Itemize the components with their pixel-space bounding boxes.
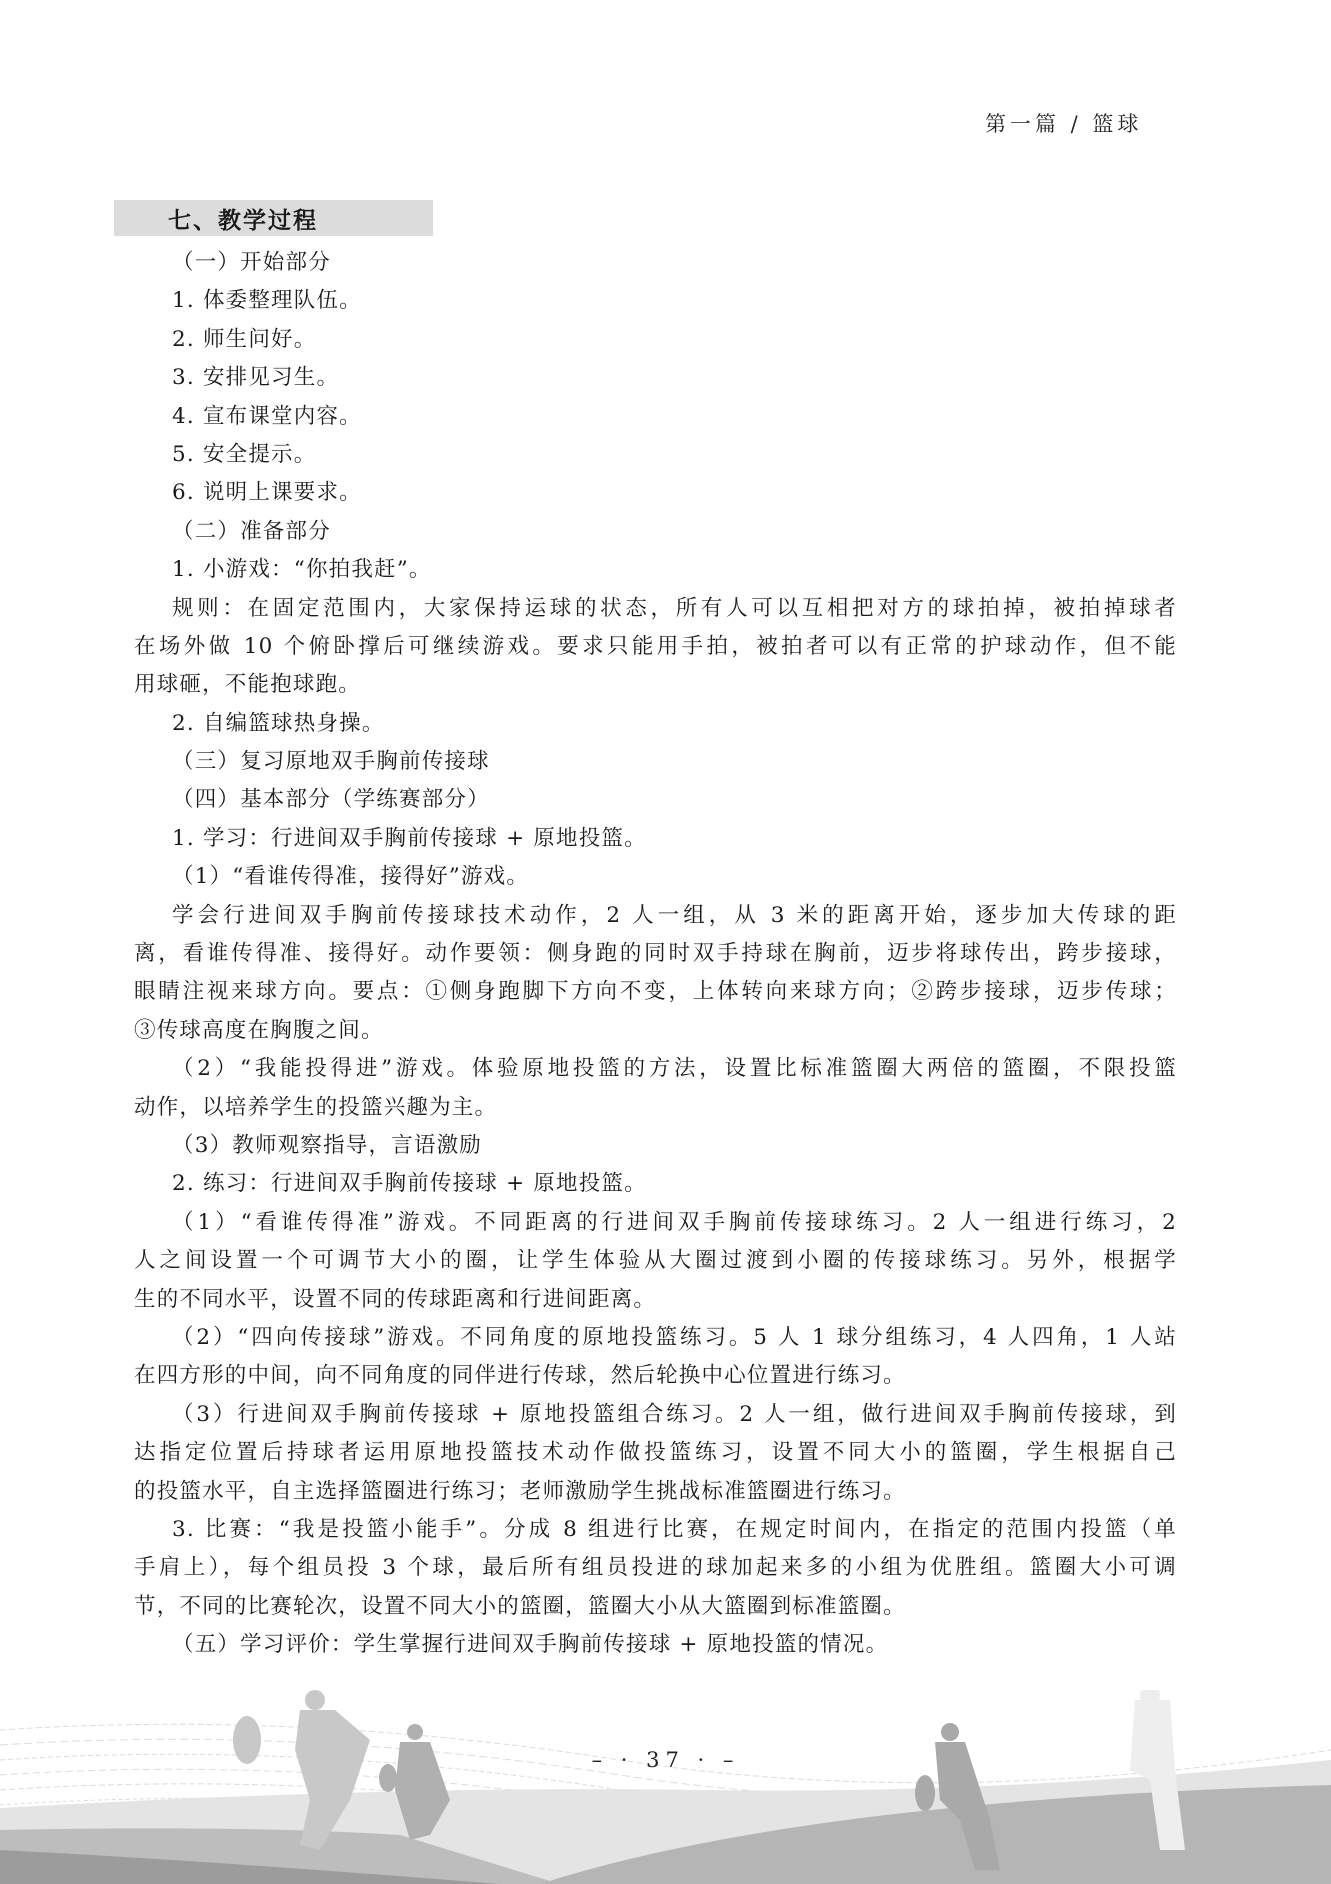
text-line: 在四方形的中间，向不同角度的同伴进行传球，然后轮换中心位置进行练习。 [134,1357,1177,1395]
text-line: 5. 安全提示。 [134,436,1177,474]
section-title: 七、教学过程 [168,202,318,235]
text-line: （3）教师观察指导，言语激励 [134,1127,1177,1165]
text-line: 2. 练习：行进间双手胸前传接球 + 原地投篮。 [134,1165,1177,1203]
text-line: 在场外做 10 个俯卧撑后可继续游戏。要求只能用手拍，被拍者可以有正常的护球动作… [134,628,1177,666]
text-line: 学会行进间双手胸前传接球技术动作，2 人一组，从 3 米的距离开始，逐步加大传球… [134,897,1177,935]
basketball-players-footer-art [0,1690,1331,1884]
text-line: （一）开始部分 [134,244,1177,282]
text-line: 1. 学习：行进间双手胸前传接球 + 原地投篮。 [134,820,1177,858]
text-line: 达指定位置后持球者运用原地投篮技术动作做投篮练习，设置不同大小的篮圈，学生根据自… [134,1434,1177,1472]
page-number: – · 37 · – [0,1748,1331,1772]
text-line: 节，不同的比赛轮次，设置不同大小的篮圈，篮圈大小从大篮圈到标准篮圈。 [134,1588,1177,1626]
text-line: 2. 自编篮球热身操。 [134,705,1177,743]
text-line: ③传球高度在胸腹之间。 [134,1012,1177,1050]
text-line: （1）“看谁传得准，接得好”游戏。 [134,858,1177,896]
text-line: 3. 安排见习生。 [134,359,1177,397]
text-line: （三）复习原地双手胸前传接球 [134,743,1177,781]
text-line: （1）“看谁传得准”游戏。不同距离的行进间双手胸前传接球练习。2 人一组进行练习… [134,1204,1177,1242]
text-line: （四）基本部分（学练赛部分） [134,781,1177,819]
text-line: 眼睛注视来球方向。要点：①侧身跑脚下方向不变，上体转向来球方向；②跨步接球，迈步… [134,973,1177,1011]
text-line: 1. 小游戏：“你拍我赶”。 [134,551,1177,589]
text-line: （二）准备部分 [134,513,1177,551]
text-line: （2）“四向传接球”游戏。不同角度的原地投篮练习。5 人 1 球分组练习，4 人… [134,1319,1177,1357]
text-line: 1. 体委整理队伍。 [134,282,1177,320]
body-text: （一）开始部分1. 体委整理队伍。2. 师生问好。3. 安排见习生。4. 宣布课… [134,244,1177,1664]
text-line: （3）行进间双手胸前传接球 + 原地投篮组合练习。2 人一组，做行进间双手胸前传… [134,1396,1177,1434]
text-line: 2. 师生问好。 [134,321,1177,359]
text-line: 4. 宣布课堂内容。 [134,398,1177,436]
text-line: （五）学习评价：学生掌握行进间双手胸前传接球 + 原地投篮的情况。 [134,1626,1177,1664]
text-line: 生的不同水平，设置不同的传球距离和行进间距离。 [134,1281,1177,1319]
text-line: 手肩上），每个组员投 3 个球，最后所有组员投进的球加起来多的小组为优胜组。篮圈… [134,1549,1177,1587]
text-line: 人之间设置一个可调节大小的圈，让学生体验从大圈过渡到小圈的传接球练习。另外，根据… [134,1242,1177,1280]
text-line: （2）“我能投得进”游戏。体验原地投篮的方法，设置比标准篮圈大两倍的篮圈，不限投… [134,1050,1177,1088]
text-line: 3. 比赛：“我是投篮小能手”。分成 8 组进行比赛，在规定时间内，在指定的范围… [134,1511,1177,1549]
text-line: 用球砸，不能抱球跑。 [134,666,1177,704]
running-head: 第一篇 / 篮球 [985,108,1142,138]
text-line: 的投篮水平，自主选择篮圈进行练习；老师激励学生挑战标准篮圈进行练习。 [134,1473,1177,1511]
text-line: 离，看谁传得准、接得好。动作要领：侧身跑的同时双手持球在胸前，迈步将球传出，跨步… [134,935,1177,973]
text-line: 动作，以培养学生的投篮兴趣为主。 [134,1089,1177,1127]
text-line: 6. 说明上课要求。 [134,474,1177,512]
text-line: 规则：在固定范围内，大家保持运球的状态，所有人可以互相把对方的球拍掉，被拍掉球者 [134,590,1177,628]
